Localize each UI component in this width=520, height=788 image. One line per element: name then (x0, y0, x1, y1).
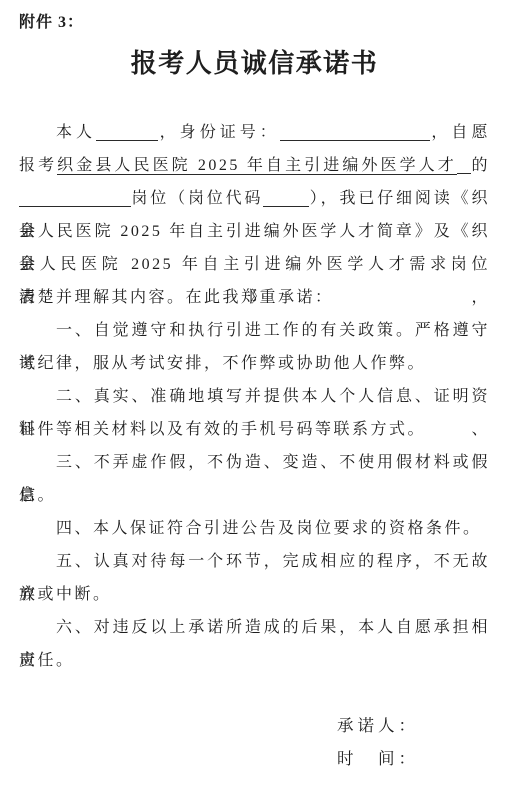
text-run: 弃或中断。 (19, 586, 112, 603)
text-run: 证件等相关材料以及有效的手机号码等联系方式。 (19, 421, 426, 438)
body-line: 息。 (19, 479, 490, 512)
body-line: 四、本人保证符合引进公告及岗位要求的资格条件。 (19, 512, 490, 545)
blank-underline (280, 123, 430, 141)
page-title: 报考人员诚信承诺书 (19, 48, 490, 80)
body-line: 报考织金县人民医院 2025 年自主引进编外医学人才的 (19, 149, 490, 182)
body-line: 责任。 (19, 644, 490, 677)
body-line: 三、不弄虚作假，不伪造、变造、不使用假材料或假信 (19, 446, 490, 479)
blank-underline (263, 189, 309, 207)
text-run: ，自愿 (430, 124, 490, 141)
underlined-text: 织金县人民医院 2025 年自主引进编外医学人才 (57, 157, 457, 175)
body-line: 二、真实、准确地填写并提供本人个人信息、证明资料、 (19, 380, 490, 413)
text-run: 试纪律，服从考试安排，不作弊或协助他人作弊。 (19, 355, 426, 372)
body-line: 证件等相关材料以及有效的手机号码等联系方式。 (19, 413, 490, 446)
text-run: 岗位（岗位代码 (131, 190, 263, 207)
body-line: 一、自觉遵守和执行引进工作的有关政策。严格遵守考 (19, 314, 490, 347)
time-label: 时 间： (337, 742, 490, 775)
document-page: 附件 3： 报考人员诚信承诺书 本人，身份证号：，自愿报考织金县人民医院 202… (0, 0, 520, 788)
text-run: 息。 (19, 487, 56, 504)
blank-underline (19, 189, 131, 207)
blank-underline (96, 123, 158, 141)
text-run: 本人 (56, 124, 96, 141)
text-run: 责任。 (19, 652, 75, 669)
text-run: 的 (471, 157, 490, 174)
body-line: 试纪律，服从考试安排，不作弊或协助他人作弊。 (19, 347, 490, 380)
blank-underline (457, 156, 471, 174)
attachment-label: 附件 3： (19, 12, 490, 34)
signature-block: 承诺人： 时 间： (337, 709, 490, 775)
text-run: 四、本人保证符合引进公告及岗位要求的资格条件。 (56, 520, 482, 537)
promiser-label: 承诺人： (337, 709, 490, 742)
document-body: 本人，身份证号：，自愿报考织金县人民医院 2025 年自主引进编外医学人才的岗位… (19, 116, 490, 677)
text-run: ，身份证号： (158, 124, 280, 141)
text-run: 清楚并理解其内容。在此我郑重承诺： (19, 289, 334, 306)
text-run: 报考 (19, 157, 57, 174)
body-line: 岗位（岗位代码），我已仔细阅读《织金 (19, 182, 490, 215)
body-line: 本人，身份证号：，自愿 (19, 116, 490, 149)
body-line: 县人民医院 2025 年自主引进编外医学人才需求岗位表》， (19, 248, 490, 281)
body-line: 六、对违反以上承诺所造成的后果，本人自愿承担相应 (19, 611, 490, 644)
body-line: 五、认真对待每一个环节，完成相应的程序，不无故放 (19, 545, 490, 578)
body-line: 县人民医院 2025 年自主引进编外医学人才简章》及《织金 (19, 215, 490, 248)
body-line: 弃或中断。 (19, 578, 490, 611)
